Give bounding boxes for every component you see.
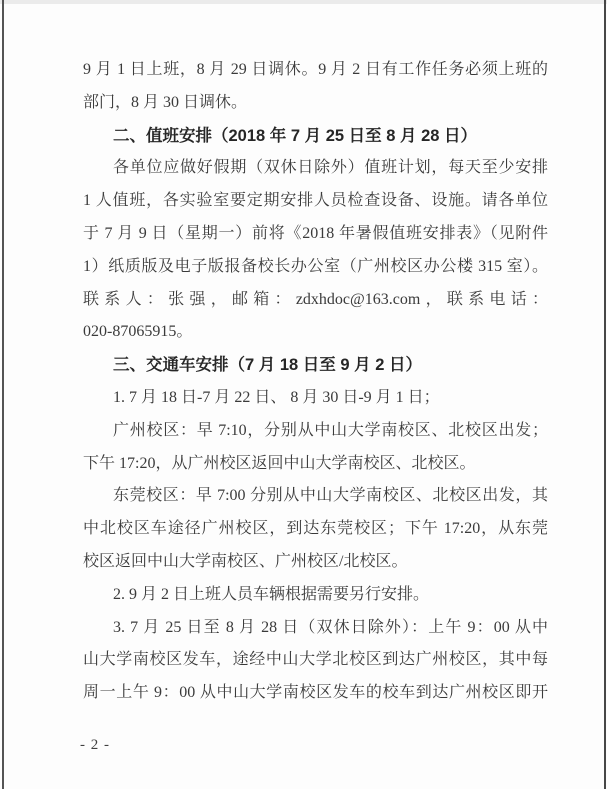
section-heading-transport: 三、交通车安排（7 月 18 日至 9 月 2 日） [83, 349, 548, 382]
doc-line-18: 3. 7 月 25 日至 8 月 28 日（双休日除外）：上午 9：00 从中 [83, 612, 548, 645]
scanned-document-page: 9 月 1 日上班，8 月 29 日调休。9 月 2 日有工作任务必须上班的 部… [0, 0, 607, 789]
doc-line-05: 1 人值班，各实验室要定期安排人员检查设备、设施。请各单位 [83, 185, 548, 218]
doc-line-02: 部门，8 月 30 日调休。 [83, 87, 548, 120]
doc-line-08-contact: 联系人：张强，邮箱：zdxhdoc@163.com，联系电话： [83, 284, 548, 317]
doc-line-11: 1. 7 月 18 日-7 月 22 日、 8 月 30 日-9 月 1 日； [83, 382, 548, 415]
doc-line-15: 中北校区车途径广州校区，到达东莞校区；下午 17:20，从东莞 [83, 513, 548, 546]
doc-line-12: 广州校区：早 7:10，分别从中山大学南校区、北校区出发； [83, 415, 548, 448]
doc-line-20: 周一上午 9：00 从中山大学南校区发车的校车到达广州校区即开 [83, 677, 548, 710]
doc-line-07: 1）纸质版及电子版报备校长办公室（广州校区办公楼 315 室）。 [83, 251, 548, 284]
scan-top-edge [0, 0, 607, 4]
doc-line-04: 各单位应做好假期（双休日除外）值班计划，每天至少安排 [83, 152, 548, 185]
doc-line-16: 校区返回中山大学南校区、广州校区/北校区。 [83, 546, 548, 579]
page-number: - 2 - [80, 736, 110, 754]
doc-line-19: 山大学南校区发车，途经中山大学北校区到达广州校区，其中每 [83, 644, 548, 677]
doc-line-17: 2. 9 月 2 日上班人员车辆根据需要另行安排。 [83, 579, 548, 612]
doc-line-01: 9 月 1 日上班，8 月 29 日调休。9 月 2 日有工作任务必须上班的 [83, 54, 548, 87]
doc-line-06: 于 7 月 9 日（星期一）前将《2018 年暑假值班安排表》（见附件 [83, 218, 548, 251]
doc-line-09-phone: 020-87065915。 [83, 316, 548, 349]
scan-left-edge [2, 0, 4, 789]
scan-right-edge [604, 0, 606, 789]
document-body: 9 月 1 日上班，8 月 29 日调休。9 月 2 日有工作任务必须上班的 部… [83, 54, 548, 710]
doc-line-14: 东莞校区：早 7:00 分别从中山大学南校区、北校区出发，其 [83, 480, 548, 513]
section-heading-duty: 二、值班安排（2018 年 7 月 25 日至 8 月 28 日） [83, 120, 548, 153]
doc-line-13: 下午 17:20，从广州校区返回中山大学南校区、北校区。 [83, 448, 548, 481]
